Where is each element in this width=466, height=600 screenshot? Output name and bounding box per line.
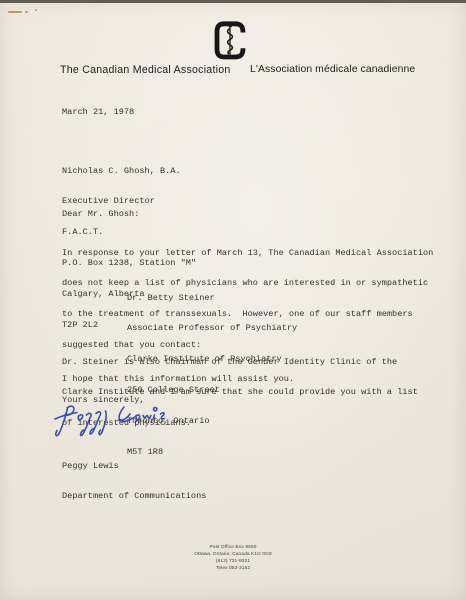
footer-telex: Telex 053-3152: [0, 565, 466, 572]
org-name-french: L'Association médicale canadienne: [250, 64, 415, 75]
signature-block: Peggy Lewis Department of Communications: [62, 440, 206, 522]
signed-title: Department of Communications: [62, 491, 206, 501]
footer-pobox: Post Office Box 8650: [0, 544, 466, 551]
letter-date: March 21, 1978: [62, 107, 134, 117]
signed-name: Peggy Lewis: [62, 461, 206, 471]
recipient-name: Nicholas C. Ghosh, B.A.: [62, 166, 196, 176]
footer-phone: (613) 731-9331: [0, 558, 466, 565]
salutation: Dear Mr. Ghosh:: [62, 209, 139, 219]
footer-city: Ottawa, Ontario, Canada K1G 0G8: [0, 551, 466, 558]
paragraph-3: I hope that this information will assist…: [62, 374, 294, 384]
contact-name: Dr. Betty Steiner: [127, 293, 297, 303]
scan-artifact-top-edge: [0, 0, 466, 3]
letter-page: The Canadian Medical Association L'Assoc…: [0, 0, 466, 600]
cma-serpent-staff-emblem-icon: [214, 21, 251, 60]
handwritten-signature: [54, 402, 172, 444]
org-name-english: The Canadian Medical Association: [60, 64, 231, 76]
contact-title: Associate Professor of Psychiatry: [127, 323, 297, 333]
scan-artifact-pencil-mark: [8, 9, 40, 14]
recipient-title: Executive Director: [62, 196, 196, 206]
letterhead-footer: Post Office Box 8650 Ottawa, Ontario, Ca…: [0, 544, 466, 572]
